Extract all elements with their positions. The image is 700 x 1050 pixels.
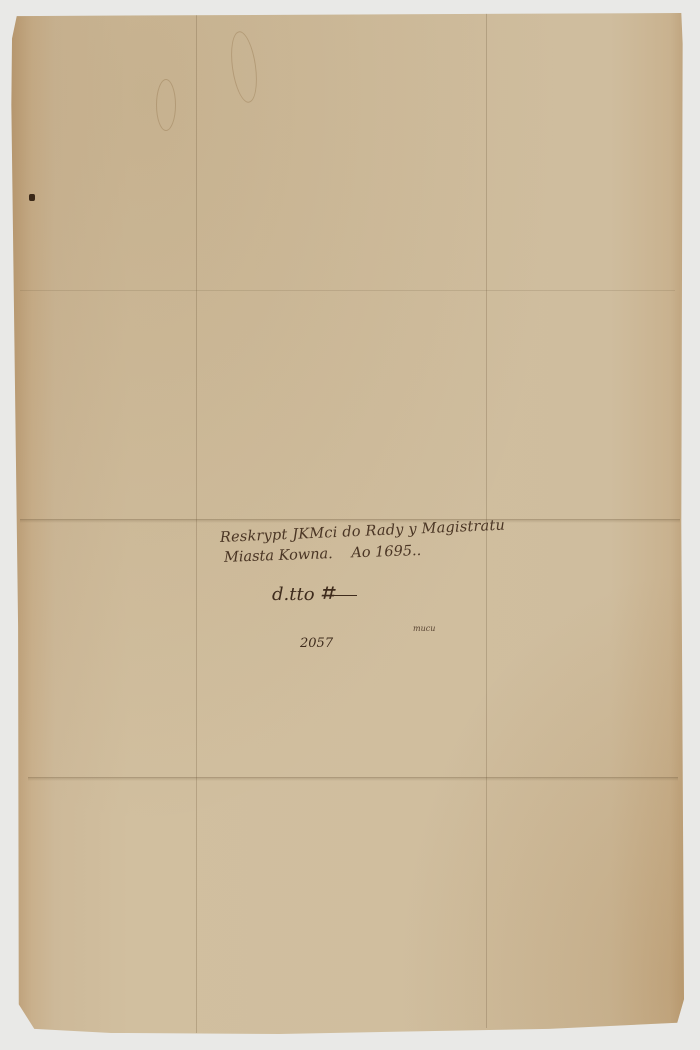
docket-year: Ao 1695.. — [351, 543, 421, 561]
docket-note: Reskrypt JKMci do Rady y Magistratu Mias… — [220, 530, 500, 566]
fold-shadow-lower — [28, 778, 678, 781]
docket-place: Miasta Kowna. — [224, 546, 333, 566]
signature-flourish — [333, 595, 357, 596]
fold-shadow-middle — [20, 520, 680, 523]
ink-blot — [29, 194, 35, 201]
water-stain — [227, 30, 261, 105]
fold-line-vertical-left — [196, 13, 197, 1033]
water-stain — [156, 79, 176, 131]
signature: d.tto⌗ — [272, 580, 357, 606]
fold-line-horizontal-top — [20, 290, 675, 291]
signature-initials: d.tto — [272, 584, 315, 605]
signature-mark: ⌗ — [321, 580, 331, 606]
archive-number: 2057 — [300, 636, 333, 651]
marginal-scribble: mucu — [413, 624, 435, 633]
